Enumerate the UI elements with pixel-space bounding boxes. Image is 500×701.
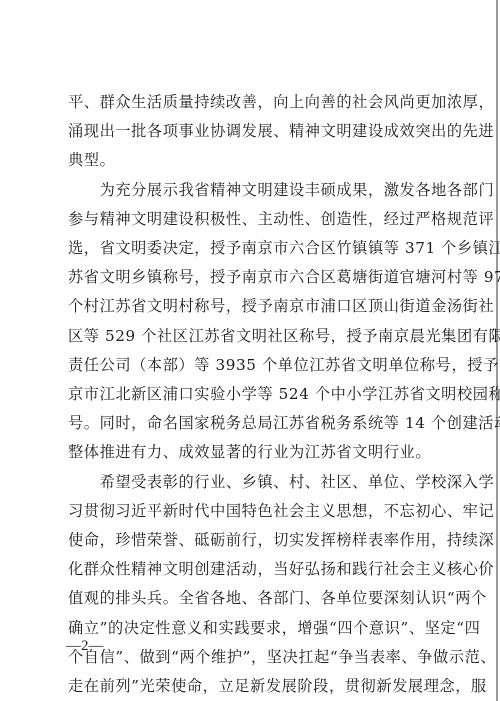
paragraph-2: 为充分展示我省精神文明建设丰硕成果，激发各地各部门 参与精神文明建设积极性、主动… [68,176,434,468]
text-line: 使命，珍惜荣誉、砥砺前行，切实发挥榜样表率作用，持续深 [68,526,434,555]
text-line: 参与精神文明建设积极性、主动性、创造性，经过严格规范评 [68,205,434,234]
document-page: 平、群众生活质量持续改善，向上向善的社会风尚更加浓厚， 涌现出一批各项事业协调发… [68,88,434,701]
text-line: 习贯彻习近平新时代中国特色社会主义思想，不忘初心、牢记 [68,497,434,526]
text-line: 选，省文明委决定，授予南京市六合区竹镇镇等 371 个乡镇江 [68,234,434,263]
text-line: 平、群众生活质量持续改善，向上向善的社会风尚更加浓厚， [68,88,434,117]
text-line: 走在前列”光荣使命，立足新发展阶段，贯彻新发展理念，服 [68,672,434,701]
text-line: 化群众性精神文明创建活动，当好弘扬和践行社会主义核心价 [68,555,434,584]
text-line: 苏省文明乡镇称号，授予南京市六合区葛塘街道官塘河村等 973 [68,263,434,292]
text-line: 京市江北新区浦口实验小学等 524 个中小学江苏省文明校园称 [68,380,434,409]
text-line: 个村江苏省文明村称号，授予南京市浦口区顶山街道金汤街社 [68,292,434,321]
page-edge-border [496,0,498,701]
paragraph-3: 希望受表彰的行业、乡镇、村、社区、单位、学校深入学 习贯彻习近平新时代中国特色社… [68,468,434,701]
text-line: 希望受表彰的行业、乡镇、村、社区、单位、学校深入学 [68,468,434,497]
text-line: 确立”的决定性意义和实践要求，增强“四个意识”、坚定“四 [68,614,434,643]
paragraph-1: 平、群众生活质量持续改善，向上向善的社会风尚更加浓厚， 涌现出一批各项事业协调发… [68,88,434,176]
text-line: 整体推进有力、成效显著的行业为江苏省文明行业。 [68,438,434,467]
text-line: 个自信”、做到“两个维护”，坚决扛起“争当表率、争做示范、 [68,643,434,672]
text-line: 涌现出一批各项事业协调发展、精神文明建设成效突出的先进 [68,117,434,146]
text-line: 为充分展示我省精神文明建设丰硕成果，激发各地各部门 [68,176,434,205]
text-line: 典型。 [68,146,434,175]
text-line: 区等 529 个社区江苏省文明社区称号，授予南京晨光集团有限 [68,322,434,351]
page-number: —2— [66,638,104,655]
text-line: 责任公司（本部）等 3935 个单位江苏省文明单位称号，授予南 [68,351,434,380]
text-line: 号。同时，命名国家税务总局江苏省税务系统等 14 个创建活动 [68,409,434,438]
text-line: 值观的排头兵。全省各地、各部门、各单位要深刻认识“两个 [68,584,434,613]
